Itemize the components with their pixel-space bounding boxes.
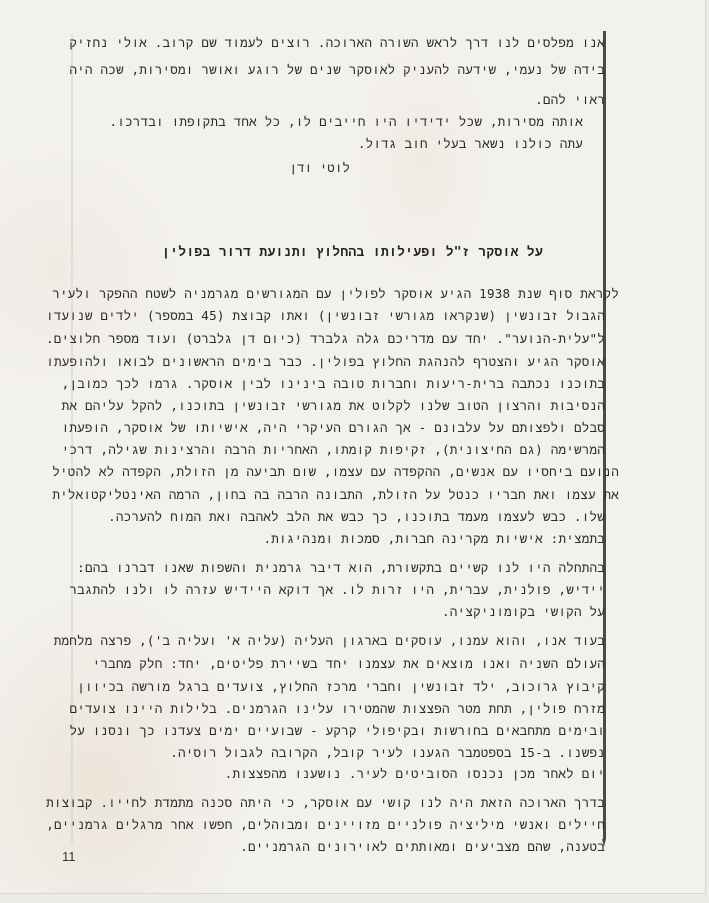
paragraph-line: בדרך הארוכה הזאת היה לנו קושי עם אוסקר, … <box>46 795 605 811</box>
scanned-page: אנו מפלסים לנו דרך לראש השורה הארוכה. רו… <box>0 0 705 893</box>
paragraph-4: בדרך הארוכה הזאת היה לנו קושי עם אוסקר, … <box>45 0 605 840</box>
paragraph-line: בטענה, שהם מצביעים ומאותתים לאוירונים הג… <box>240 839 605 855</box>
page-number: 11 <box>62 849 76 864</box>
paragraph-line: חיילים ואנשי מיליציה פולניים מזויינים ומ… <box>46 817 605 833</box>
